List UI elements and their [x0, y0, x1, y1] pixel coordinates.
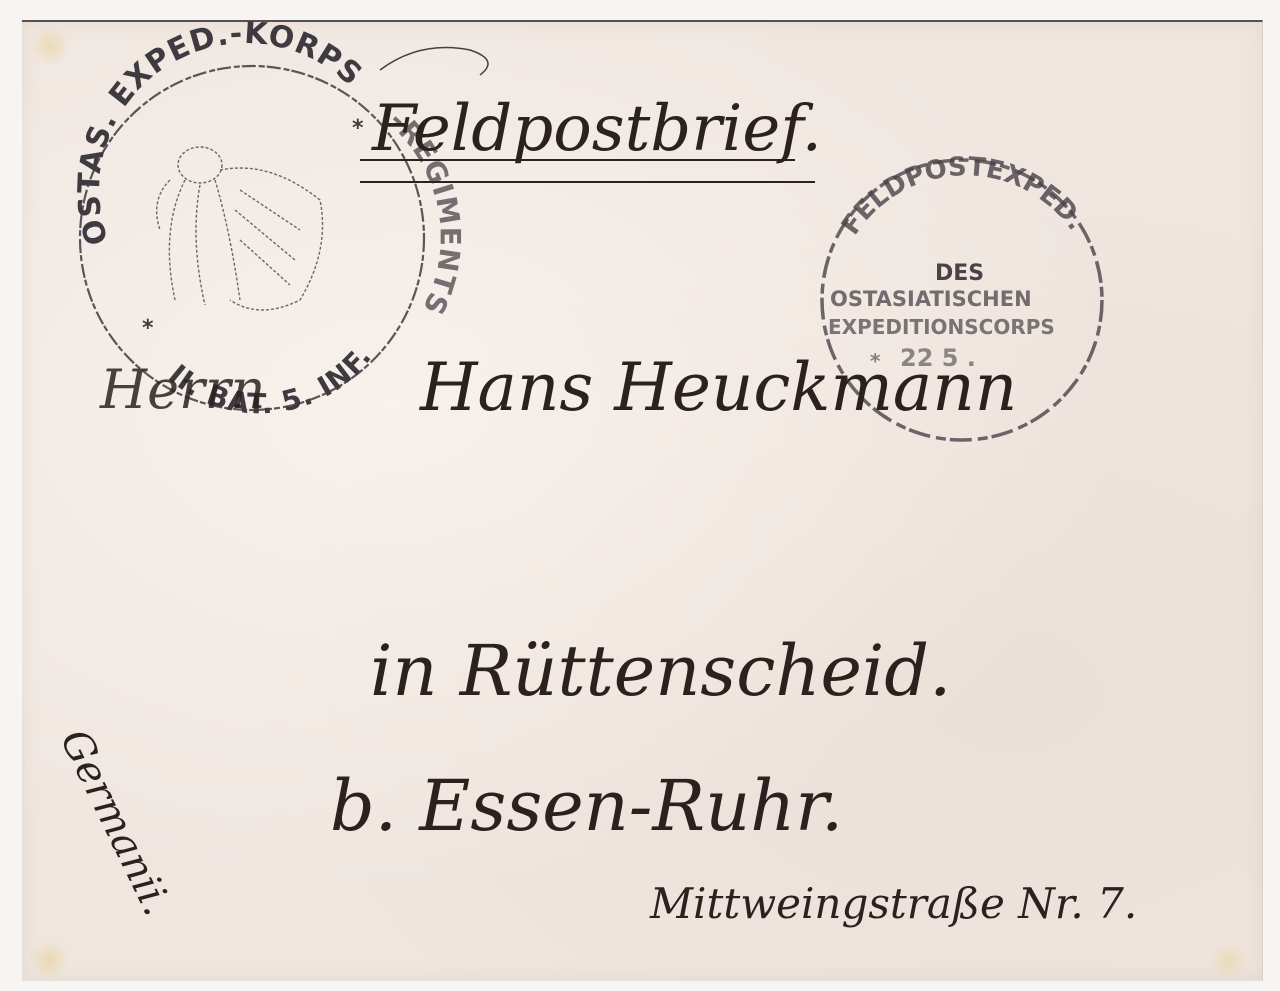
recipient-name: Hans Heuckmann: [419, 349, 1017, 426]
address-street: Mittweingstraße Nr. 7.: [649, 879, 1137, 928]
feldpostbrief-text: Feldpostbrief.: [371, 92, 822, 166]
side-note: Germanii.: [51, 722, 180, 922]
postmark-arc: FELDPOSTEXPED.: [836, 152, 1091, 240]
feldpostbrief-heading: Feldpostbrief.: [360, 48, 822, 183]
postmark-line3: EXPEDITIONSCORPS: [828, 315, 1055, 339]
side-note-text: Germanii.: [51, 722, 180, 922]
postmark-line1: DES: [935, 261, 984, 286]
address-city: in Rüttenscheid.: [370, 630, 951, 712]
address-region: b. Essen-Ruhr.: [330, 765, 843, 847]
seal-top-arc: OSTAS. EXPED.-KORPS: [72, 16, 369, 249]
seal-star-left: *: [142, 316, 155, 341]
eagle-icon: [157, 147, 323, 310]
seal-star-right: *: [352, 116, 365, 141]
postmark-line2: OSTASIATISCHEN: [830, 287, 1032, 311]
envelope-markings: OSTAS. EXPED.-KORPS -REGIMENTS II. BAT. …: [0, 0, 1280, 991]
salutation: Herrn: [99, 358, 265, 421]
recipient-address: Herrn Hans Heuckmann in Rüttenscheid. b.…: [99, 349, 1137, 928]
